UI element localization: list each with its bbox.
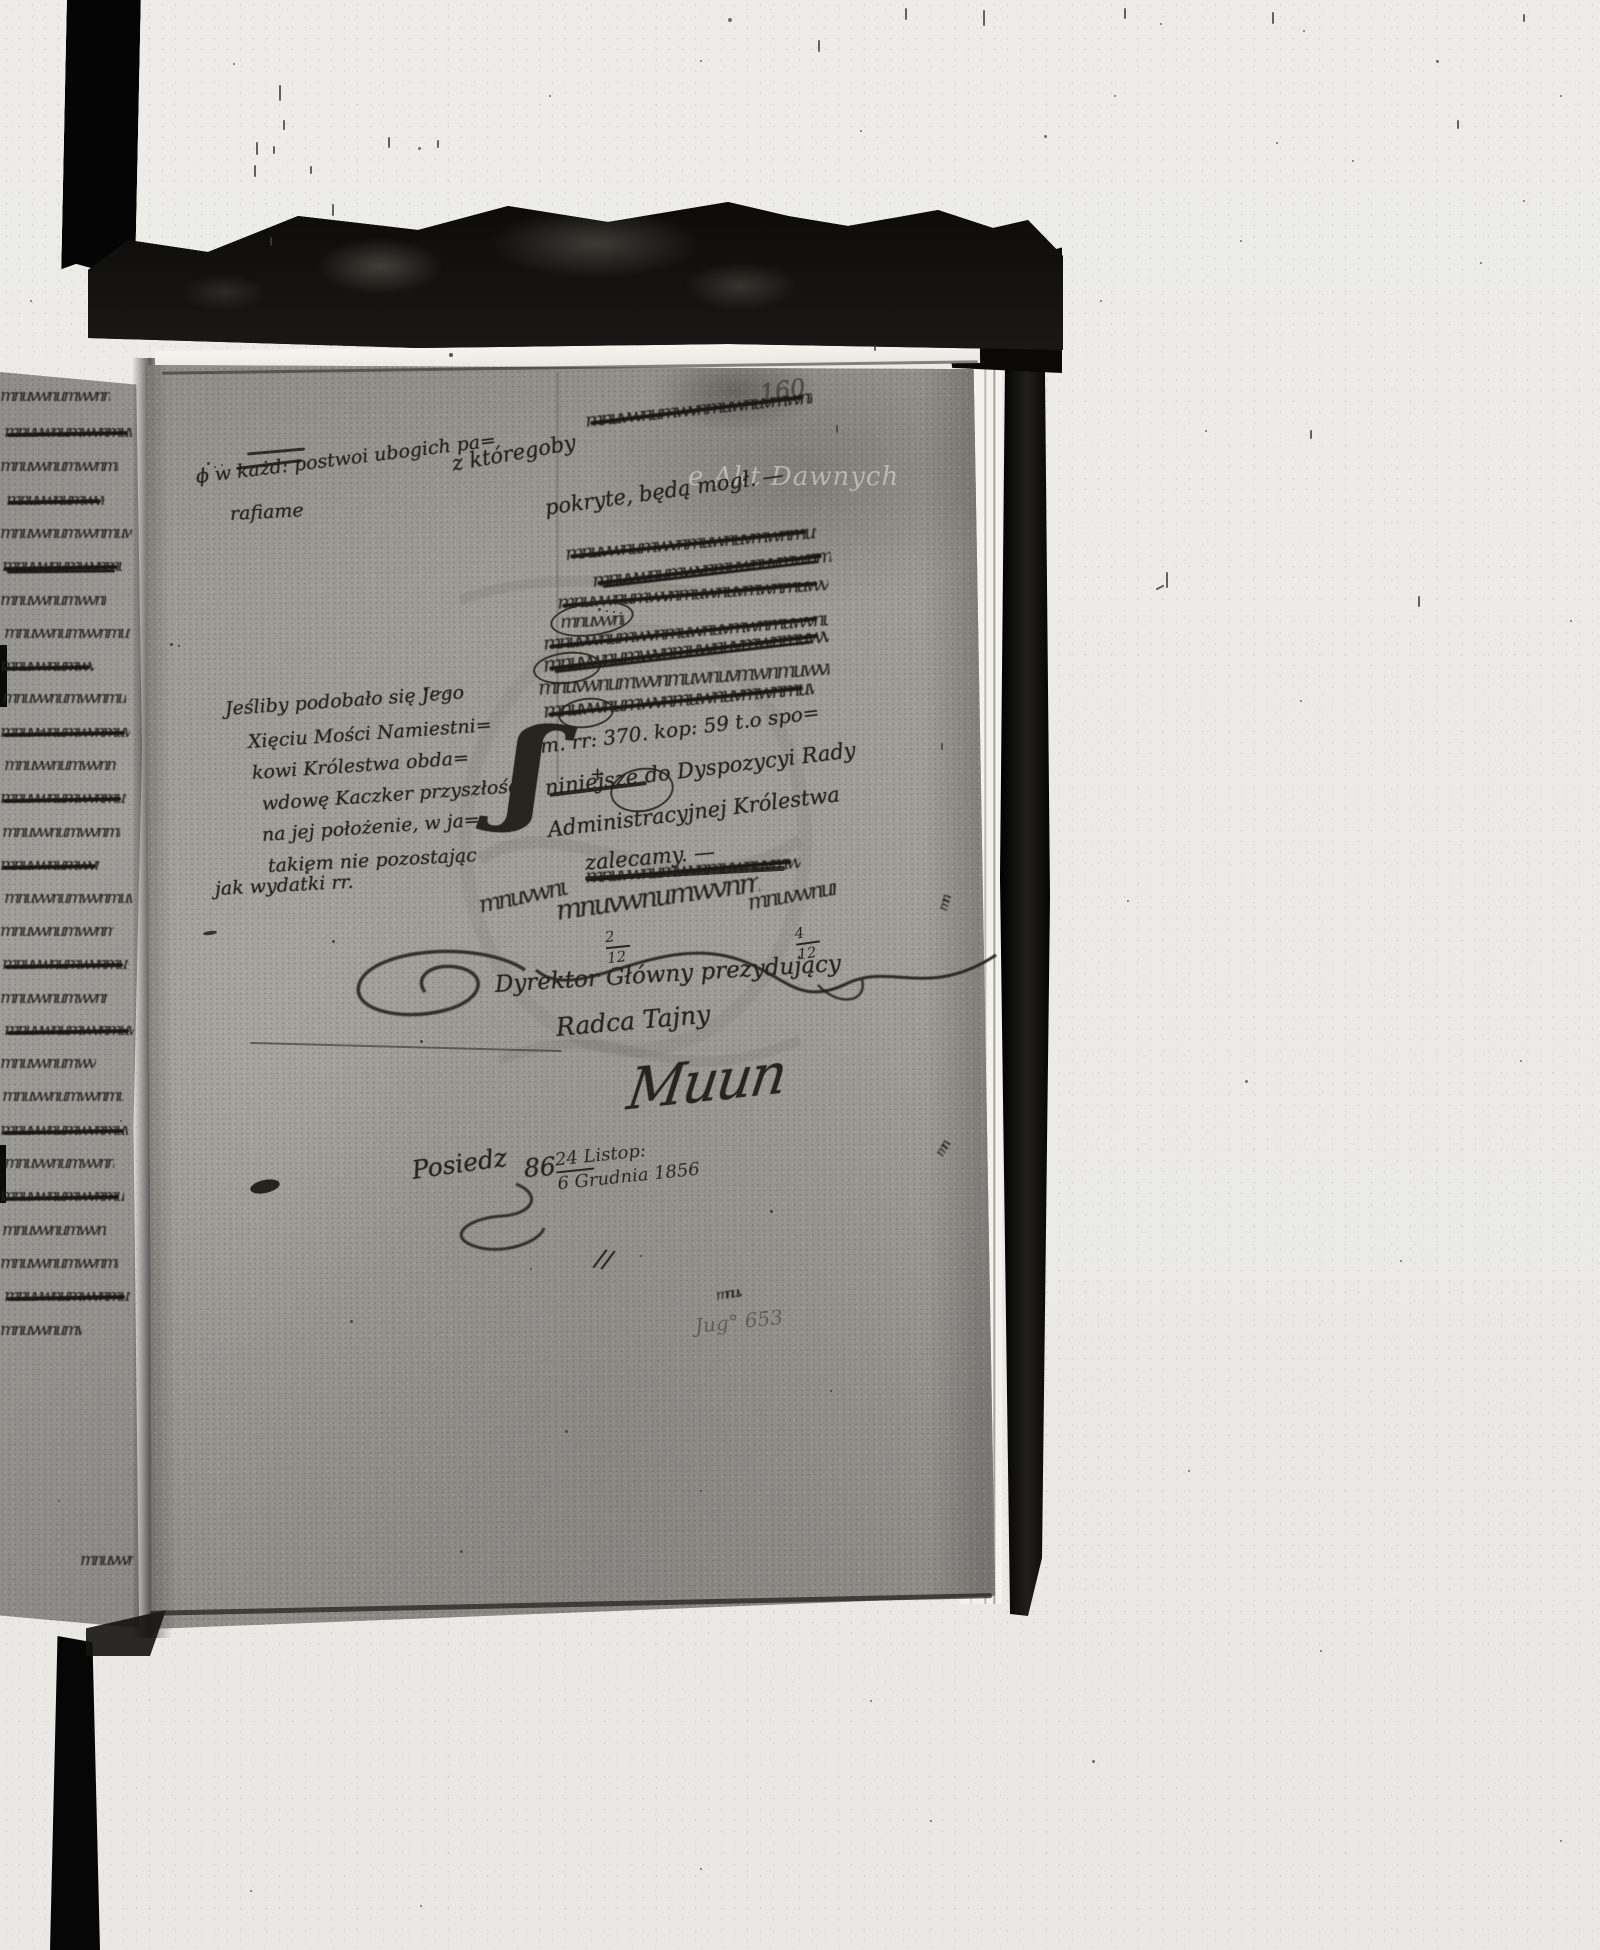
scribble-text: mnuvwnumwvnmuwnuvmwnmuwvnumwnvumwunmvwnu… bbox=[0, 1053, 96, 1073]
handwriting-line: mnuvwnumwvnmuwnuvmwnmuwvnumwnvumwunmvwnu… bbox=[0, 855, 100, 876]
scribble-text: mnuvwnumwvnmuwnuvmwnmuwvnumwnvumwunmvwnu… bbox=[6, 490, 104, 510]
handwriting-line: mnuvwnumwvnmuwnuvmwnmuwvnumwnvumwunmvwnu… bbox=[4, 623, 130, 644]
film-scratch-mark bbox=[270, 237, 272, 246]
film-scratch-mark bbox=[1156, 585, 1165, 591]
film-scratch-mark bbox=[437, 140, 439, 148]
fraction-numerator: 4 bbox=[794, 926, 806, 942]
film-strip-top-left bbox=[61, 0, 141, 272]
dust-speck bbox=[58, 1500, 60, 1502]
dust-speck bbox=[1436, 60, 1439, 63]
film-scratch-mark bbox=[1124, 8, 1126, 19]
dust-speck bbox=[1480, 262, 1482, 264]
handwriting-line: mnuvwnumwvnmuwnuvmwnmuwvnumwnvumwunmvwnu… bbox=[2, 822, 120, 843]
dust-speck bbox=[1303, 30, 1305, 32]
scribble-text: mnuvwnumwvnmuwnuvmwnmuwvnumwnvumwunmvwnu… bbox=[2, 688, 126, 708]
handwriting-line: mnuvwnumwvnmuwnuvmwnmuwvnumwnvumwunmvwnu… bbox=[0, 1320, 82, 1341]
film-scratch-mark bbox=[310, 166, 312, 174]
dust-speck bbox=[233, 63, 235, 65]
handwriting-line: mnuvwnumwvnmuwnuvmwnmuwvnumwnvumwunmvwnu… bbox=[0, 456, 118, 477]
dust-speck bbox=[424, 688, 427, 691]
film-scratch-mark bbox=[1310, 430, 1312, 439]
handwriting-line: mnuvwnumwvnmuwnuvmwnmuwvnumwnvumwunmvwnu… bbox=[0, 590, 106, 611]
dust-speck bbox=[460, 1550, 463, 1553]
dust-speck bbox=[1205, 430, 1207, 432]
scribble-text: mnuvwnumwvnmuwnuvmwnmuwvnumwnvumwunmvwnu… bbox=[2, 822, 120, 842]
dust-speck bbox=[1520, 1060, 1522, 1062]
dust-speck bbox=[1300, 700, 1302, 702]
fraction-denominator: 12 bbox=[797, 945, 818, 963]
dust-speck bbox=[1114, 95, 1116, 97]
scribble-text: mnuvwnumwvnmuwnuvmwnmuwvnumwnvumwunmvwnu… bbox=[4, 1020, 134, 1040]
scribble-text: mnuvwnumwvnmuwnuvmwnmuwvnumwnvumwunmvwnu… bbox=[0, 788, 126, 808]
dust-speck bbox=[440, 691, 442, 693]
date-fraction-right: 4 12 bbox=[794, 924, 823, 963]
dust-speck bbox=[1127, 900, 1129, 902]
dust-speck bbox=[332, 940, 335, 943]
film-scratch-mark bbox=[1272, 12, 1274, 24]
scribble-text: mnuvwnumwvnmuwnuvmwnmuwvnumwnvumwunmvwnu… bbox=[0, 590, 106, 610]
dust-speck bbox=[1092, 1760, 1095, 1763]
film-scratch-mark bbox=[332, 204, 334, 216]
handwriting-line: mnuvwnumwvnmuwnuvmwnmuwvnumwnvumwunmvwnu… bbox=[2, 556, 122, 577]
dust-speck bbox=[250, 1890, 252, 1892]
dust-speck bbox=[1044, 135, 1047, 138]
dust-speck bbox=[1100, 300, 1102, 302]
dust-speck bbox=[1523, 200, 1525, 202]
handwriting-line: mnuvwnumwvnmuwnuvmwnmuwvnumwnvumwunmvwnu… bbox=[4, 888, 132, 909]
dust-speck bbox=[1560, 95, 1562, 97]
scribble-text: mnuvwnumwvnmuwnuvmwnmuwvnumwnvumwunmvwnu… bbox=[4, 1286, 130, 1306]
scribble-text: mnuvwnumwvnmuwnuvmwnmuwvnumwnvumwunmvwnu… bbox=[0, 1253, 118, 1273]
scribble-text: mnuvwnumwvnmuwnuvmwnmuwvnumwnvumwunmvwnu… bbox=[4, 755, 116, 775]
handwriting-line: mnuvwnumwvnmuwnuvmwnmuwvnumwnvumwunmvwnu… bbox=[715, 1284, 743, 1305]
scribble-text: mnuvwnumwvnmuwnuvmwnmuwvnumwnvumwunmvwnu… bbox=[0, 1120, 128, 1140]
handwriting-line: mnuvwnumwvnmuwnuvmwnmuwvnumwnvumwunmvwnu… bbox=[6, 490, 104, 511]
handwriting-line: mnuvwnumwvnmuwnuvmwnmuwvnumwnvumwunmvwnu… bbox=[4, 422, 132, 443]
dust-speck bbox=[770, 1210, 773, 1213]
scribble-text: mnuvwnumwvnmuwnuvmwnmuwvnumwnvumwunmvwnu… bbox=[0, 1320, 82, 1340]
dust-speck bbox=[870, 1700, 872, 1702]
film-scratch-mark bbox=[983, 10, 985, 26]
archival-scan: e Akt Dawnych 160 ϕ w każd: postwoi ubog… bbox=[0, 0, 1600, 1950]
film-scratch-mark bbox=[254, 165, 256, 177]
film-scratch-mark bbox=[905, 8, 907, 20]
film-scratch-mark bbox=[283, 120, 285, 130]
fraction-denominator: 12 bbox=[606, 949, 627, 966]
dust-speck bbox=[221, 464, 223, 466]
film-scratch-mark bbox=[388, 137, 390, 148]
dust-speck bbox=[530, 1268, 532, 1270]
dust-speck bbox=[930, 1820, 932, 1822]
scribble-text: mnuvwnumwvnmuwnuvmwnmuwvnumwnvumwunmvwnu… bbox=[0, 656, 94, 676]
dust-speck bbox=[447, 692, 449, 694]
scribble-text: mnuvwnumwvnmuwnuvmwnmuwvnumwnvumwunmvwnu… bbox=[80, 1550, 134, 1570]
dust-speck bbox=[700, 1868, 702, 1870]
dust-speck bbox=[449, 353, 453, 357]
dust-speck bbox=[606, 610, 608, 612]
scribble-text: mnuvwnumwvnmuwnuvmwnmuwvnumwnvumwunmvwnu… bbox=[0, 722, 130, 742]
dust-speck bbox=[214, 466, 216, 468]
handwriting-line: mnuvwnumwvnmuwnuvmwnmuwvnumwnvumwunmvwnu… bbox=[2, 954, 128, 975]
dust-speck bbox=[620, 612, 622, 614]
dust-speck bbox=[1400, 1260, 1402, 1262]
dust-speck bbox=[830, 1390, 832, 1392]
scribble-text: mnuvwnumwvnmuwnuvmwnmuwvnumwnvumwunmvwnu… bbox=[715, 1284, 743, 1303]
dust-speck bbox=[170, 643, 173, 646]
film-scratch-mark bbox=[818, 40, 820, 52]
handwriting-line: mnuvwnumwvnmuwnuvmwnmuwvnumwnvumwunmvwnu… bbox=[0, 988, 108, 1009]
dust-speck bbox=[1276, 142, 1278, 144]
dust-speck bbox=[418, 147, 421, 150]
film-strip-bottom-left bbox=[50, 1636, 100, 1950]
scribble-text: mnuvwnumwvnmuwnuvmwnmuwvnumwnvumwunmvwnu… bbox=[0, 523, 132, 543]
dust-speck bbox=[40, 730, 42, 732]
scribble-text: mnuvwnumwvnmuwnuvmwnmuwvnumwnvumwunmvwnu… bbox=[2, 954, 128, 974]
handwriting-line: mnuvwnumwvnmuwnuvmwnmuwvnumwnvumwunmvwnu… bbox=[80, 1550, 134, 1571]
scribble-text: mnuvwnumwvnmuwnuvmwnmuwvnumwnvumwunmvwnu… bbox=[2, 1220, 106, 1240]
handwriting-line: mnuvwnumwvnmuwnuvmwnmuwvnumwnvumwunmvwnu… bbox=[0, 722, 130, 743]
dust-speck bbox=[1352, 160, 1354, 162]
dust-speck bbox=[1245, 1080, 1248, 1083]
film-scratch-mark bbox=[941, 743, 943, 750]
dust-speck bbox=[860, 130, 862, 132]
handwriting-line: mnuvwnumwvnmuwnuvmwnmuwvnumwnvumwunmvwnu… bbox=[2, 688, 126, 709]
scribble-text: mnuvwnumwvnmuwnuvmwnmuwvnumwnvumwunmvwnu… bbox=[2, 556, 122, 576]
scribble-text: mnuvwnumwvnmuwnuvmwnmuwvnumwnvumwunmvwnu… bbox=[2, 1086, 124, 1106]
scribble-text: mnuvwnumwvnmuwnuvmwnmuwvnumwnvumwunmvwnu… bbox=[4, 422, 132, 442]
film-scratch-mark bbox=[1523, 14, 1525, 22]
handwriting-line: mnuvwnumwvnmuwnuvmwnmuwvnumwnvumwunmvwnu… bbox=[0, 1253, 118, 1274]
scribble-text: mnuvwnumwvnmuwnuvmwnmuwvnumwnvumwunmvwnu… bbox=[4, 888, 132, 908]
handwriting-line: mnuvwnumwvnmuwnuvmwnmuwvnumwnvumwunmvwnu… bbox=[0, 1120, 128, 1141]
dust-speck bbox=[1570, 620, 1572, 622]
handwriting-line: mnuvwnumwvnmuwnuvmwnmuwvnumwnvumwunmvwnu… bbox=[2, 1220, 106, 1241]
margin-note-top-line2: rafiame bbox=[229, 499, 304, 525]
handwriting-line: mnuvwnumwvnmuwnuvmwnmuwvnumwnvumwunmvwnu… bbox=[0, 386, 110, 407]
dust-speck bbox=[640, 1255, 642, 1257]
dust-speck bbox=[305, 870, 309, 874]
scribble-text: mnuvwnumwvnmuwnuvmwnmuwvnumwnvumwunmvwnu… bbox=[0, 386, 110, 406]
film-band-top-edge bbox=[88, 198, 1063, 350]
dust-speck bbox=[420, 1905, 422, 1907]
handwriting-line: mnuvwnumwvnmuwnuvmwnmuwvnumwnvumwunmvwnu… bbox=[2, 1086, 124, 1107]
dust-speck bbox=[432, 690, 434, 692]
dust-speck bbox=[1160, 23, 1162, 25]
dust-speck bbox=[350, 1320, 353, 1323]
dust-speck bbox=[700, 1490, 702, 1492]
handwriting-line: mnuvwnumwvnmuwnuvmwnmuwvnumwnvumwunmvwnu… bbox=[0, 1053, 96, 1074]
handwriting-line: mnuvwnumwvnmuwnuvmwnmuwvnumwnvumwunmvwnu… bbox=[0, 656, 94, 677]
scribble-text: mnuvwnumwvnmuwnuvmwnmuwvnumwnvumwunmvwnu… bbox=[4, 1153, 114, 1173]
dust-speck bbox=[700, 60, 702, 62]
dust-speck bbox=[420, 1040, 423, 1043]
fraction-numerator: 2 bbox=[604, 929, 615, 945]
handwriting-line: mnuvwnumwvnmuwnuvmwnmuwvnumwnvumwunmvwnu… bbox=[4, 1286, 130, 1307]
dust-speck bbox=[549, 95, 551, 97]
scribble-text: mnuvwnumwvnmuwnuvmwnmuwvnumwnvumwunmvwnu… bbox=[0, 456, 118, 476]
handwriting-line: mnuvwnumwvnmuwnuvmwnmuwvnumwnvumwunmvwnu… bbox=[4, 755, 116, 776]
film-scratch-mark bbox=[1457, 120, 1459, 129]
dust-speck bbox=[728, 18, 732, 22]
dust-speck bbox=[1240, 240, 1242, 242]
handwriting-line: mnuvwnumwvnmuwnuvmwnmuwvnumwnvumwunmvwnu… bbox=[0, 788, 126, 809]
dust-speck bbox=[1188, 1470, 1190, 1472]
dust-speck bbox=[1320, 1650, 1322, 1652]
scribble-text: mnuvwnumwvnmuwnuvmwnmuwvnumwnvumwunmvwnu… bbox=[0, 855, 100, 875]
dust-speck bbox=[207, 462, 210, 465]
film-scratch-mark bbox=[874, 345, 876, 351]
dust-speck bbox=[120, 1120, 122, 1122]
film-scratch-mark bbox=[273, 146, 275, 154]
handwriting-line: mnuvwnumwvnmuwnuvmwnmuwvnumwnvumwunmvwnu… bbox=[0, 523, 132, 544]
dust-speck bbox=[613, 611, 615, 613]
ink-flourish-loop bbox=[438, 1178, 568, 1256]
film-scratch-mark bbox=[256, 142, 258, 155]
handwriting-line: mnuvwnumwvnmuwnuvmwnmuwvnumwnvumwunmvwnu… bbox=[0, 921, 114, 942]
dust-speck bbox=[1560, 1840, 1562, 1842]
film-scratch-mark bbox=[1166, 572, 1168, 588]
dust-speck bbox=[598, 608, 601, 611]
handwriting-line: mnuvwnumwvnmuwnuvmwnmuwvnumwnvumwunmvwnu… bbox=[4, 1020, 134, 1041]
film-scratch-mark bbox=[1418, 596, 1420, 607]
handwriting-line: mnuvwnumwvnmuwnuvmwnmuwvnumwnvumwunmvwnu… bbox=[0, 1186, 124, 1207]
date-fraction-left: 2 12 bbox=[604, 928, 632, 966]
scribble-text: mnuvwnumwvnmuwnuvmwnmuwvnumwnvumwunmvwnu… bbox=[0, 1186, 124, 1206]
dust-speck bbox=[565, 1430, 568, 1433]
film-scratch-mark bbox=[279, 85, 281, 101]
handwriting-line: mnuvwnumwvnmuwnuvmwnmuwvnumwnvumwunmvwnu… bbox=[4, 1153, 114, 1174]
scribble-text: mnuvwnumwvnmuwnuvmwnmuwvnumwnvumwunmvwnu… bbox=[4, 623, 130, 643]
dust-speck bbox=[178, 645, 180, 647]
dust-speck bbox=[30, 300, 32, 302]
scribble-text: mnuvwnumwvnmuwnuvmwnmuwvnumwnvumwunmvwnu… bbox=[0, 988, 108, 1008]
film-scratch-mark bbox=[836, 425, 838, 433]
scribble-text: mnuvwnumwvnmuwnuvmwnmuwvnumwnvumwunmvwnu… bbox=[0, 921, 114, 941]
plus-mark: + bbox=[590, 764, 605, 785]
